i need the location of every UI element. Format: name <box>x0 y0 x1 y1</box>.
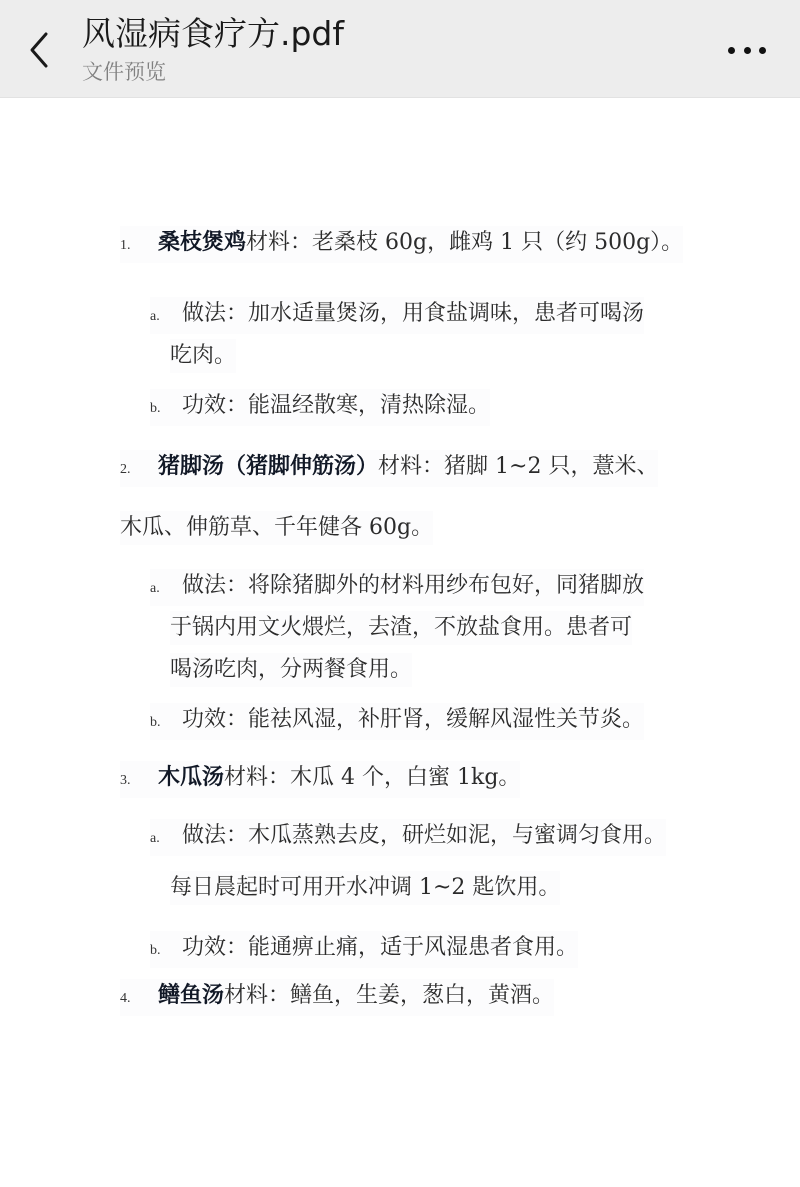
recipe-2-materials-cont: 木瓜、伸筋草、千年健各 60g。 <box>120 511 433 545</box>
list-number: 4. <box>120 982 158 1016</box>
recipe-2-method: a.做法：将除猪脚外的材料用纱布包好，同猪脚放 <box>150 569 644 606</box>
recipe-name: 桑枝煲鸡 <box>158 230 246 255</box>
recipe-item-1: 1.桑枝煲鸡材料：老桑枝 60g，雌鸡 1 只（约 500g）。 <box>120 226 683 263</box>
recipe-1-method-cont: 吃肉。 <box>170 339 236 373</box>
recipe-1-method: a.做法：加水适量煲汤，用食盐调味，患者可喝汤 <box>150 297 644 334</box>
method-text-line: 做法：木瓜蒸熟去皮，研烂如泥，与蜜调匀食用。 <box>182 823 666 848</box>
materials-text: 木瓜 4 个，白蜜 1kg。 <box>290 765 520 790</box>
materials-text: 老桑枝 60g，雌鸡 1 只（约 500g）。 <box>312 230 683 255</box>
more-dots-icon <box>728 47 735 54</box>
recipe-item-2: 2.猪脚汤（猪脚伸筋汤）材料：猪脚 1~2 只，薏米、 <box>120 450 658 487</box>
recipe-item-4: 4.鳝鱼汤材料：鳝鱼，生姜，葱白，黄酒。 <box>120 979 554 1016</box>
top-bar: 风湿病食疗方.pdf 文件预览 <box>0 0 800 98</box>
method-text-line: 做法：加水适量煲汤，用食盐调味，患者可喝汤 <box>182 301 644 326</box>
sub-letter: a. <box>150 822 182 856</box>
list-number: 1. <box>120 229 158 263</box>
materials-label: 材料： <box>224 765 290 790</box>
materials-text: 鳝鱼，生姜，葱白，黄酒。 <box>290 983 554 1008</box>
recipe-2-method-cont-2: 喝汤吃肉，分两餐食用。 <box>170 653 412 687</box>
recipe-3-method: a.做法：木瓜蒸熟去皮，研烂如泥，与蜜调匀食用。 <box>150 819 666 856</box>
back-button[interactable] <box>22 26 62 72</box>
more-options-button[interactable] <box>724 38 770 62</box>
sub-letter: b. <box>150 392 182 426</box>
more-dots-icon <box>759 47 766 54</box>
recipe-name: 猪脚汤（猪脚伸筋汤） <box>158 454 378 479</box>
materials-label: 材料： <box>246 230 312 255</box>
recipe-item-3: 3.木瓜汤材料：木瓜 4 个，白蜜 1kg。 <box>120 761 520 798</box>
effect-text: 功效：能通痹止痛，适于风湿患者食用。 <box>182 935 578 960</box>
recipe-1-effect: b.功效：能温经散寒，清热除湿。 <box>150 389 490 426</box>
file-subtitle: 文件预览 <box>82 58 166 86</box>
chevron-left-icon <box>22 26 62 72</box>
effect-text: 功效：能祛风湿，补肝肾，缓解风湿性关节炎。 <box>182 707 644 732</box>
pdf-preview[interactable]: 1.桑枝煲鸡材料：老桑枝 60g，雌鸡 1 只（约 500g）。 a.做法：加水… <box>0 99 800 1187</box>
list-number: 3. <box>120 764 158 798</box>
method-text-line: 做法：将除猪脚外的材料用纱布包好，同猪脚放 <box>182 573 644 598</box>
sub-letter: a. <box>150 300 182 334</box>
recipe-name: 鳝鱼汤 <box>158 983 224 1008</box>
more-dots-icon <box>744 47 751 54</box>
effect-text: 功效：能温经散寒，清热除湿。 <box>182 393 490 418</box>
recipe-3-effect: b.功效：能通痹止痛，适于风湿患者食用。 <box>150 931 578 968</box>
recipe-2-method-cont-1: 于锅内用文火煨烂，去渣，不放盐食用。患者可 <box>170 611 632 645</box>
materials-text: 猪脚 1~2 只，薏米、 <box>444 454 658 479</box>
recipe-name: 木瓜汤 <box>158 765 224 790</box>
recipe-2-effect: b.功效：能祛风湿，补肝肾，缓解风湿性关节炎。 <box>150 703 644 740</box>
list-number: 2. <box>120 453 158 487</box>
file-title: 风湿病食疗方.pdf <box>82 14 344 54</box>
materials-label: 材料： <box>378 454 444 479</box>
sub-letter: b. <box>150 934 182 968</box>
sub-letter: a. <box>150 572 182 606</box>
recipe-3-method-cont: 每日晨起时可用开水冲调 1~2 匙饮用。 <box>170 871 560 905</box>
materials-label: 材料： <box>224 983 290 1008</box>
sub-letter: b. <box>150 706 182 740</box>
